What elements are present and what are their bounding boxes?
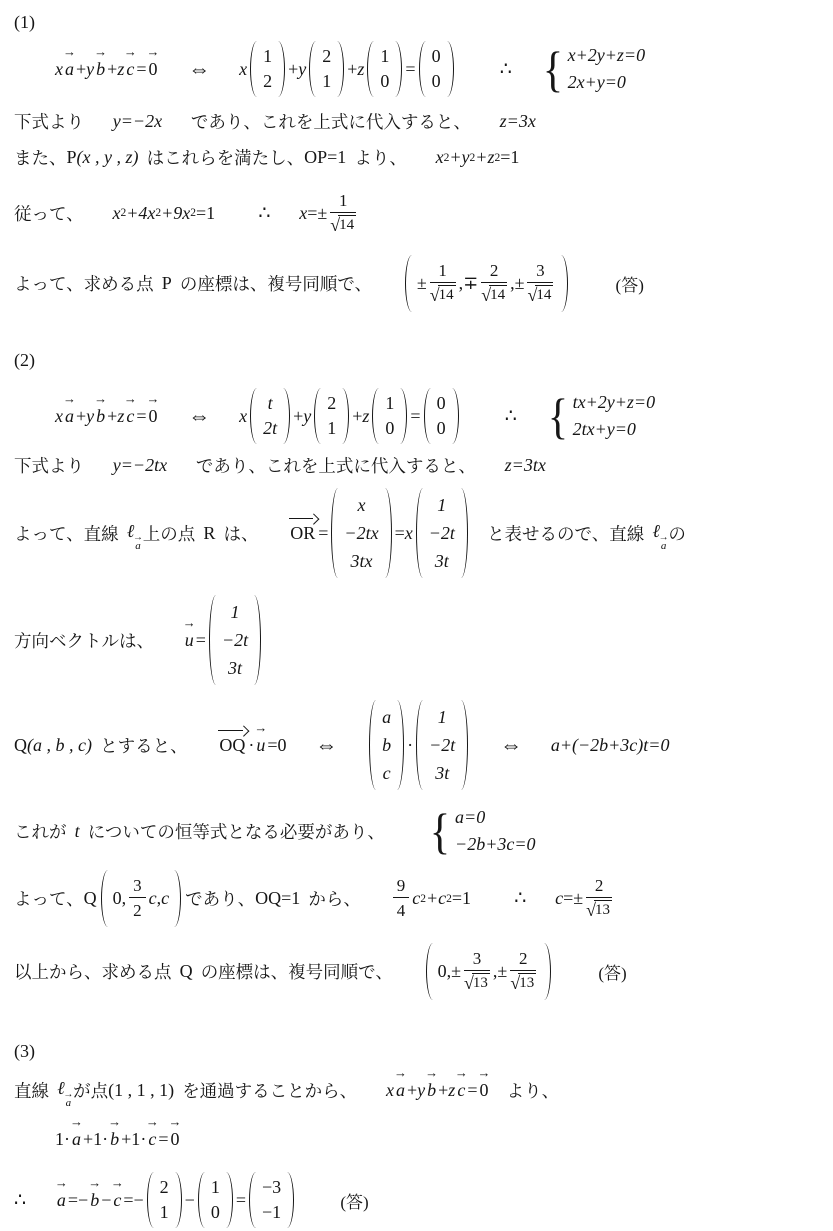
equals-sign: = <box>236 1190 246 1211</box>
math-var: y <box>86 59 94 80</box>
vector-zero: →0 <box>148 59 157 80</box>
column-vector: 1−2t3t <box>416 700 468 790</box>
vector-entry: 2t <box>263 416 277 441</box>
vector-arrow-icon: → <box>63 1089 73 1101</box>
math-var: z <box>117 406 124 427</box>
vector-entry: 1 <box>438 703 447 731</box>
paren-right <box>341 388 349 444</box>
math-term: =1 <box>500 147 519 168</box>
point-label: Q <box>14 735 27 756</box>
jp-text: はこれらを満たし、 <box>147 145 305 170</box>
iff-symbol: ⇔ <box>188 403 210 429</box>
minus-sign: − <box>185 1190 195 1211</box>
equation-system: {x+2y+z=02x+y=0 <box>541 42 645 96</box>
math-var: u <box>256 735 265 755</box>
vector-entries: −3−1 <box>257 1172 286 1228</box>
math-var: x <box>55 59 63 80</box>
paren-right <box>277 41 285 97</box>
vector-entry: −1 <box>262 1200 281 1225</box>
vector-arrow-icon <box>289 514 316 523</box>
coords: (1 , 1 , 1) <box>108 1080 174 1101</box>
vector-u: →u <box>185 630 194 651</box>
vector-entries: 1−2t3t <box>217 595 253 685</box>
column-vector: t2t <box>250 388 290 444</box>
therefore-symbol: ∴ <box>14 1189 26 1212</box>
denominator: 4 <box>393 898 410 922</box>
denominator: √14 <box>330 213 356 237</box>
vector-arrow-icon: → <box>111 1177 124 1189</box>
numerator: 2 <box>586 875 612 898</box>
math-num: 0 <box>170 1129 179 1149</box>
column-vector: 21 <box>309 41 344 97</box>
paren-right <box>460 700 468 790</box>
equals-sign: = <box>136 59 146 80</box>
column-vector: 1−2t3t <box>416 488 468 578</box>
jp-text: よって、直線 <box>14 521 119 546</box>
fraction: 3√14 <box>527 260 553 307</box>
math-expr: y=−2tx <box>113 455 167 476</box>
square-root: √14 <box>430 285 456 305</box>
substitution-equation: 1· →a +1· →b +1· →c = →0 <box>14 1122 827 1156</box>
vector-entry: x <box>357 491 365 519</box>
numerator: 2 <box>510 948 536 971</box>
vector-c: →c <box>126 59 134 80</box>
jp-text: から、 <box>308 886 361 911</box>
math-var: a <box>65 59 74 79</box>
coords: (a , b , c) <box>27 735 92 756</box>
column-vector: 1−2t3t <box>209 595 261 685</box>
math-term: =1 <box>452 888 471 909</box>
paren-right <box>446 41 454 97</box>
equation-system: {a=0−2b+3c=0 <box>428 804 535 858</box>
math-term: x <box>436 147 444 168</box>
vector-arrow-icon: → <box>168 1116 181 1128</box>
vector-c: →c <box>148 1129 156 1150</box>
denominator: 2 <box>129 898 146 922</box>
math-term: +y <box>449 147 469 168</box>
vector-arrow-icon: → <box>254 722 267 734</box>
Q-coordinates-line: よって、 Q 0 , 32 c , c であり、 OQ=1 から、 94 c2 … <box>14 870 827 927</box>
jp-text: を通過することから、 <box>182 1078 357 1103</box>
math-term: +4x <box>126 203 155 224</box>
jp-text: また、 <box>14 145 67 170</box>
math-label: OQ <box>219 735 245 755</box>
math-var: c <box>149 888 157 909</box>
fraction: 2√13 <box>586 875 612 922</box>
text-line: 下式より y=−2x であり、これを上式に代入すると、 z=3x <box>14 109 827 134</box>
fraction: 3√13 <box>464 948 490 995</box>
plus-minus-sign: ± <box>515 273 525 294</box>
text-line: また、 P(x , y , z) はこれらを満たし、 OP=1 より、 x2+y… <box>14 145 827 170</box>
math-var: y <box>303 406 311 427</box>
jp-text: 方向ベクトルは、 <box>14 628 154 653</box>
vector-entry: 1 <box>385 391 394 416</box>
paren-left <box>416 700 424 790</box>
text-line: 直線 ℓ→a が点 (1 , 1 , 1) を通過することから、 x→a + y… <box>14 1072 827 1108</box>
vector-entries: 21 <box>155 1172 174 1228</box>
plus-sign: + <box>293 406 303 427</box>
tuple-content: 0 , ± 3√13 , ± 2√13 <box>434 943 544 1000</box>
paren-right <box>394 41 402 97</box>
math-num: 0 <box>113 888 122 909</box>
math-var: y <box>417 1080 425 1101</box>
math-var: z <box>357 59 364 80</box>
subscript: →a <box>66 1097 72 1109</box>
equals-sign: = <box>196 630 206 651</box>
answer-tag: (答) <box>616 271 644 296</box>
paren-right <box>336 41 344 97</box>
vector-entry: 0 <box>211 1200 220 1225</box>
system-line: x+2y+z=0 <box>568 42 645 69</box>
plus-minus-sign: ± <box>417 273 427 294</box>
vector-OR: OR <box>290 523 315 544</box>
vector-arrow-icon: → <box>455 1067 468 1079</box>
square-root: √13 <box>464 973 490 993</box>
numerator: 3 <box>464 948 490 971</box>
radicand: 13 <box>594 900 612 920</box>
vector-entries: abc <box>377 700 396 790</box>
paren-left <box>209 595 217 685</box>
vector-zero: →0 <box>479 1080 488 1101</box>
vector-entries: 10 <box>206 1172 225 1228</box>
vector-entries: 21 <box>322 388 341 444</box>
math-var: x <box>405 523 413 544</box>
paren-left <box>309 41 317 97</box>
plus-minus-sign: ± <box>317 203 327 224</box>
vector-arrow-icon: → <box>146 1116 159 1128</box>
vector-arrow-icon: → <box>55 1177 68 1189</box>
vector-entry: 0 <box>385 416 394 441</box>
vector-a: →a <box>396 1080 405 1101</box>
plus-sign: + <box>76 406 86 427</box>
section-number: (1) <box>14 12 35 33</box>
math-var: y <box>298 59 306 80</box>
vector-entry: 2 <box>263 69 272 94</box>
system-line: tx+2y+z=0 <box>573 389 655 416</box>
radicand: 13 <box>518 973 536 993</box>
vector-arrow-icon: → <box>133 532 143 544</box>
comma: , <box>122 888 127 909</box>
equals-sign: = <box>68 1190 78 1211</box>
paren-left <box>426 943 434 1000</box>
system-lines: tx+2y+z=02tx+y=0 <box>573 389 655 443</box>
system-line: 2x+y=0 <box>568 69 645 96</box>
column-vector: −3−1 <box>249 1172 294 1228</box>
iff-symbol: ⇔ <box>188 56 210 82</box>
vector-entry: 2 <box>327 391 336 416</box>
vector-entry: 3t <box>435 759 449 787</box>
vector-entry: 3t <box>228 654 242 682</box>
jp-text: についての恒等式となる必要があり、 <box>88 819 385 844</box>
math-expr: z=3x <box>500 111 536 132</box>
column-vector: 00 <box>419 41 454 97</box>
vector-arrow-icon: → <box>183 617 196 629</box>
radicand: 14 <box>489 285 507 305</box>
math-var: c <box>113 1190 121 1210</box>
fraction: 1√14 <box>330 190 356 237</box>
paren-right <box>173 870 181 927</box>
radicand: 14 <box>438 285 456 305</box>
denominator: √14 <box>527 283 553 307</box>
column-vector: 21 <box>147 1172 182 1228</box>
denominator: √14 <box>430 283 456 307</box>
paren-right <box>560 255 568 312</box>
iff-symbol: ⇔ <box>500 732 522 758</box>
jp-text: 下式より <box>14 453 84 478</box>
jp-text: であり、 <box>185 886 255 911</box>
plus-sign: + <box>107 59 117 80</box>
answer-line-2: 以上から、求める点 Q の座標は、複号同順で、 0 , ± 3√13 , ± 2… <box>14 941 827 1001</box>
vector-entry: b <box>382 731 391 759</box>
minus-plus-sign: ∓ <box>463 273 478 294</box>
math-var: b <box>96 406 105 426</box>
tuple-content: ± 1√14 , ∓ 2√14 , ± 3√14 <box>413 255 561 312</box>
system-line: −2b+3c=0 <box>455 831 535 858</box>
vector-entry: 1 <box>327 416 336 441</box>
equals-sign: = <box>563 888 573 909</box>
math-var: y <box>86 406 94 427</box>
math-term: =1 <box>196 203 215 224</box>
coordinate-tuple: ± 1√14 , ∓ 2√14 , ± 3√14 <box>405 255 569 312</box>
denominator: √14 <box>481 283 507 307</box>
vector-entry: a <box>382 703 391 731</box>
final-answer-line: ∴ →a = − →b − →c = − 21 − 10 = −3−1 (答) <box>14 1170 827 1230</box>
vector-arrow-icon: → <box>94 393 107 405</box>
direction-vector-line: 方向ベクトルは、 →u = 1−2t3t <box>14 594 827 686</box>
math-var: c <box>555 888 563 909</box>
paren-right <box>225 1172 233 1228</box>
paren-right <box>286 1172 294 1228</box>
paren-left <box>372 388 380 444</box>
math-var: z <box>448 1080 455 1101</box>
math-num: 0 <box>438 961 447 982</box>
system-line: a=0 <box>455 804 535 831</box>
vector-entries: 1−2t3t <box>424 700 460 790</box>
equals-sign: = <box>307 203 317 224</box>
vector-arrow-icon: → <box>146 46 159 58</box>
jp-text: の座標は、複号同順で、 <box>180 271 372 296</box>
minus-sign: − <box>101 1190 111 1211</box>
paren-left <box>147 1172 155 1228</box>
vector-entry: −2t <box>429 519 455 547</box>
vector-b: →b <box>427 1080 436 1101</box>
vector-arrow-icon: → <box>124 46 137 58</box>
equals-sign: = <box>405 59 415 80</box>
vector-a: →a <box>135 540 141 552</box>
section-number: (3) <box>14 1041 35 1062</box>
vector-entry: 0 <box>432 69 441 94</box>
math-expr: z=3tx <box>505 455 546 476</box>
math-var: x <box>55 406 63 427</box>
vector-entries: x−2tx3tx <box>339 488 383 578</box>
radicand: 14 <box>338 215 356 235</box>
text-line: 従って、 x2+4x2+9x2=1 ∴ x=± 1√14 <box>14 188 827 238</box>
vector-entry: −2tx <box>344 519 378 547</box>
math-num: 0 <box>148 59 157 79</box>
section-3-label: (3) <box>14 1041 827 1062</box>
plus-minus-sign: ± <box>451 961 461 982</box>
vector-c: →c <box>126 406 134 427</box>
orthogonality-line: Q(a , b , c) とすると、 OQ · →u =0 ⇔ abc · 1−… <box>14 700 827 790</box>
vector-entry: −2t <box>429 731 455 759</box>
vector-arrow-icon <box>218 726 246 735</box>
jp-text: これが <box>14 819 67 844</box>
jp-text: と表せるので、直線 <box>487 521 644 546</box>
fraction: 2√14 <box>481 260 507 307</box>
radicand: 14 <box>535 285 553 305</box>
jp-text: よって、 <box>14 886 84 911</box>
therefore-symbol: ∴ <box>514 887 526 910</box>
vector-entry: 1 <box>437 491 446 519</box>
vector-arrow-icon: → <box>108 1116 121 1128</box>
column-vector: 10 <box>372 388 407 444</box>
dot-operator: · <box>102 1129 108 1150</box>
vector-arrow-icon: → <box>70 1116 83 1128</box>
vector-c: →c <box>457 1080 465 1101</box>
answer-tag: (答) <box>598 959 626 984</box>
jp-text: とすると、 <box>100 733 188 758</box>
math-var: a <box>72 1129 81 1149</box>
line-l-sub-a: ℓ→a <box>652 521 668 545</box>
vector-zero: →0 <box>148 406 157 427</box>
vector-arrow-icon: → <box>94 46 107 58</box>
math-var: a <box>57 1190 66 1210</box>
system-lines: x+2y+z=02x+y=0 <box>568 42 645 96</box>
jp-text: であり、これを上式に代入すると、 <box>196 453 476 478</box>
line-l-sub-a: ℓ→a <box>57 1078 73 1102</box>
math-num: 0 <box>479 1080 488 1100</box>
vector-entries: 21 <box>317 41 336 97</box>
math-var: z <box>117 59 124 80</box>
coordinate-tuple: 0 , ± 3√13 , ± 2√13 <box>426 943 552 1000</box>
point-label: R <box>203 523 215 544</box>
math-var: b <box>427 1080 436 1100</box>
fraction: 1√14 <box>430 260 456 307</box>
math-var: x <box>239 406 247 427</box>
vector-c: →c <box>113 1190 121 1211</box>
square-root: √13 <box>510 973 536 993</box>
jp-text: 下式より <box>14 109 84 134</box>
vector-arrow-icon: → <box>63 46 76 58</box>
vector-entries: 12 <box>258 41 277 97</box>
paren-right <box>543 943 551 1000</box>
column-vector: 10 <box>367 41 402 97</box>
brace-icon: { <box>547 389 567 443</box>
vector-b: →b <box>96 406 105 427</box>
math-var: u <box>185 630 194 650</box>
identity-condition-line: これが t についての恒等式となる必要があり、 {a=0−2b+3c=0 <box>14 804 827 858</box>
section-number: (2) <box>14 350 35 371</box>
vector-arrow-icon: → <box>124 393 137 405</box>
vector-entry: 3t <box>435 547 449 575</box>
radicand: 13 <box>472 973 490 993</box>
vector-a: →a <box>65 59 74 80</box>
vector-entries: 00 <box>427 41 446 97</box>
paren-right <box>399 388 407 444</box>
jp-text: であり、これを上式に代入すると、 <box>191 109 471 134</box>
jp-text: より、 <box>354 145 407 170</box>
math-num: 0 <box>148 406 157 426</box>
vector-arrow-icon: → <box>63 393 76 405</box>
paren-left <box>250 388 258 444</box>
plus-sign: + <box>407 1080 417 1101</box>
plus-sign: + <box>347 59 357 80</box>
answer-line-1: よって、求める点 P の座標は、複号同順で、 ± 1√14 , ∓ 2√14 ,… <box>14 252 827 314</box>
vector-entry: 1 <box>322 69 331 94</box>
paren-right <box>384 488 392 578</box>
column-vector: x−2tx3tx <box>331 488 391 578</box>
paren-left <box>419 41 427 97</box>
vector-OQ: OQ <box>219 735 245 756</box>
vector-entry: 1 <box>263 44 272 69</box>
eq-2-vector-equation: x→a + y→b + z→c = →0 ⇔ x t2t + y 21 + z … <box>14 383 827 449</box>
paren-left <box>405 255 413 312</box>
vector-entries: 10 <box>380 388 399 444</box>
paren-left <box>331 488 339 578</box>
jp-text: の座標は、複号同順で、 <box>201 959 393 984</box>
math-term: +c <box>426 888 446 909</box>
minus-sign: − <box>134 1190 144 1211</box>
numerator: 3 <box>129 875 146 898</box>
jp-text: 以上から、求める点 <box>14 959 172 984</box>
coordinate-tuple: 0 , 32 c , c <box>101 870 182 927</box>
paren-left <box>250 41 258 97</box>
math-var: c <box>126 59 134 79</box>
paren-left <box>416 488 424 578</box>
math-num: 1 <box>55 1129 64 1150</box>
numerator: 1 <box>430 260 456 283</box>
paren-right <box>396 700 404 790</box>
equals-sign: = <box>136 406 146 427</box>
vector-b: →b <box>90 1190 99 1211</box>
equals-sign: = <box>318 523 328 544</box>
math-var: t <box>75 821 80 842</box>
vector-entry: −3 <box>262 1175 281 1200</box>
vector-arrow-icon: → <box>88 1177 101 1189</box>
vector-entry: 1 <box>211 1175 220 1200</box>
plus-minus-sign: ± <box>497 961 507 982</box>
vector-entry: 1 <box>231 598 240 626</box>
plus-sign: + <box>288 59 298 80</box>
tuple-content: 0 , 32 c , c <box>109 870 174 927</box>
iff-symbol: ⇔ <box>315 732 337 758</box>
vector-entries: 00 <box>432 388 451 444</box>
vector-a: →a <box>72 1129 81 1150</box>
math-expr: y=−2x <box>113 111 162 132</box>
plus-sign: + <box>438 1080 448 1101</box>
vector-entry: 2 <box>322 44 331 69</box>
math-term: +1 <box>83 1129 102 1150</box>
vector-b: →b <box>110 1129 119 1150</box>
therefore-symbol: ∴ <box>505 405 517 428</box>
jp-text: が点 <box>73 1078 108 1103</box>
math-var: c <box>126 406 134 426</box>
math-var: c <box>148 1129 156 1149</box>
math-term: +9x <box>161 203 190 224</box>
vector-entry: 1 <box>160 1200 169 1225</box>
section-1-label: (1) <box>14 12 827 33</box>
paren-right <box>451 388 459 444</box>
math-var: a <box>65 406 74 426</box>
minus-sign: − <box>78 1190 88 1211</box>
brace-icon: { <box>542 42 562 96</box>
vector-b: →b <box>96 59 105 80</box>
paren-right <box>174 1172 182 1228</box>
point-label: Q <box>84 888 97 909</box>
jp-text: の <box>668 521 686 546</box>
vector-zero: →0 <box>170 1129 179 1150</box>
paren-right <box>253 595 261 685</box>
